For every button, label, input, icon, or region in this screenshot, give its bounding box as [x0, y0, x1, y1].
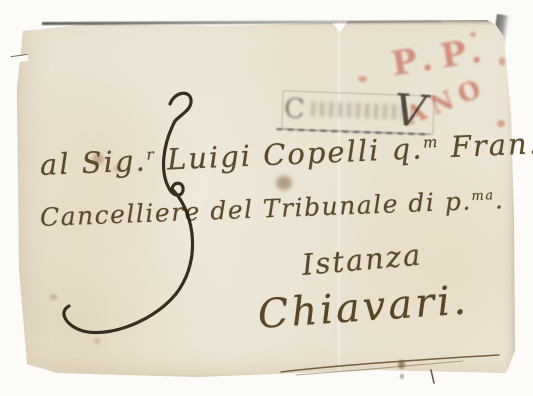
black-postmark-letter: V [392, 85, 427, 138]
red-ink-speck [497, 120, 505, 127]
ink-stain [50, 294, 57, 300]
ink-blot [398, 360, 405, 369]
red-ink-speck [358, 76, 367, 82]
red-ink-speck [499, 57, 505, 66]
ink-stain [94, 338, 100, 344]
address-text: al Sig. [39, 143, 147, 182]
black-postmark-faded-letters [311, 101, 403, 119]
address-text: . [494, 185, 505, 214]
ink-stain [276, 176, 292, 190]
letter-photo: P.P. ANO C V al Sig.r Luigi Copelli q.m … [0, 0, 533, 396]
address-text: Fran. [439, 126, 533, 164]
ink-blot [400, 374, 404, 379]
ink-tick-mark [431, 370, 434, 383]
red-ink-speck [470, 32, 476, 37]
superscript: m [423, 133, 440, 152]
superscript: ma [471, 188, 495, 204]
black-postmark-letter: C [284, 93, 306, 125]
